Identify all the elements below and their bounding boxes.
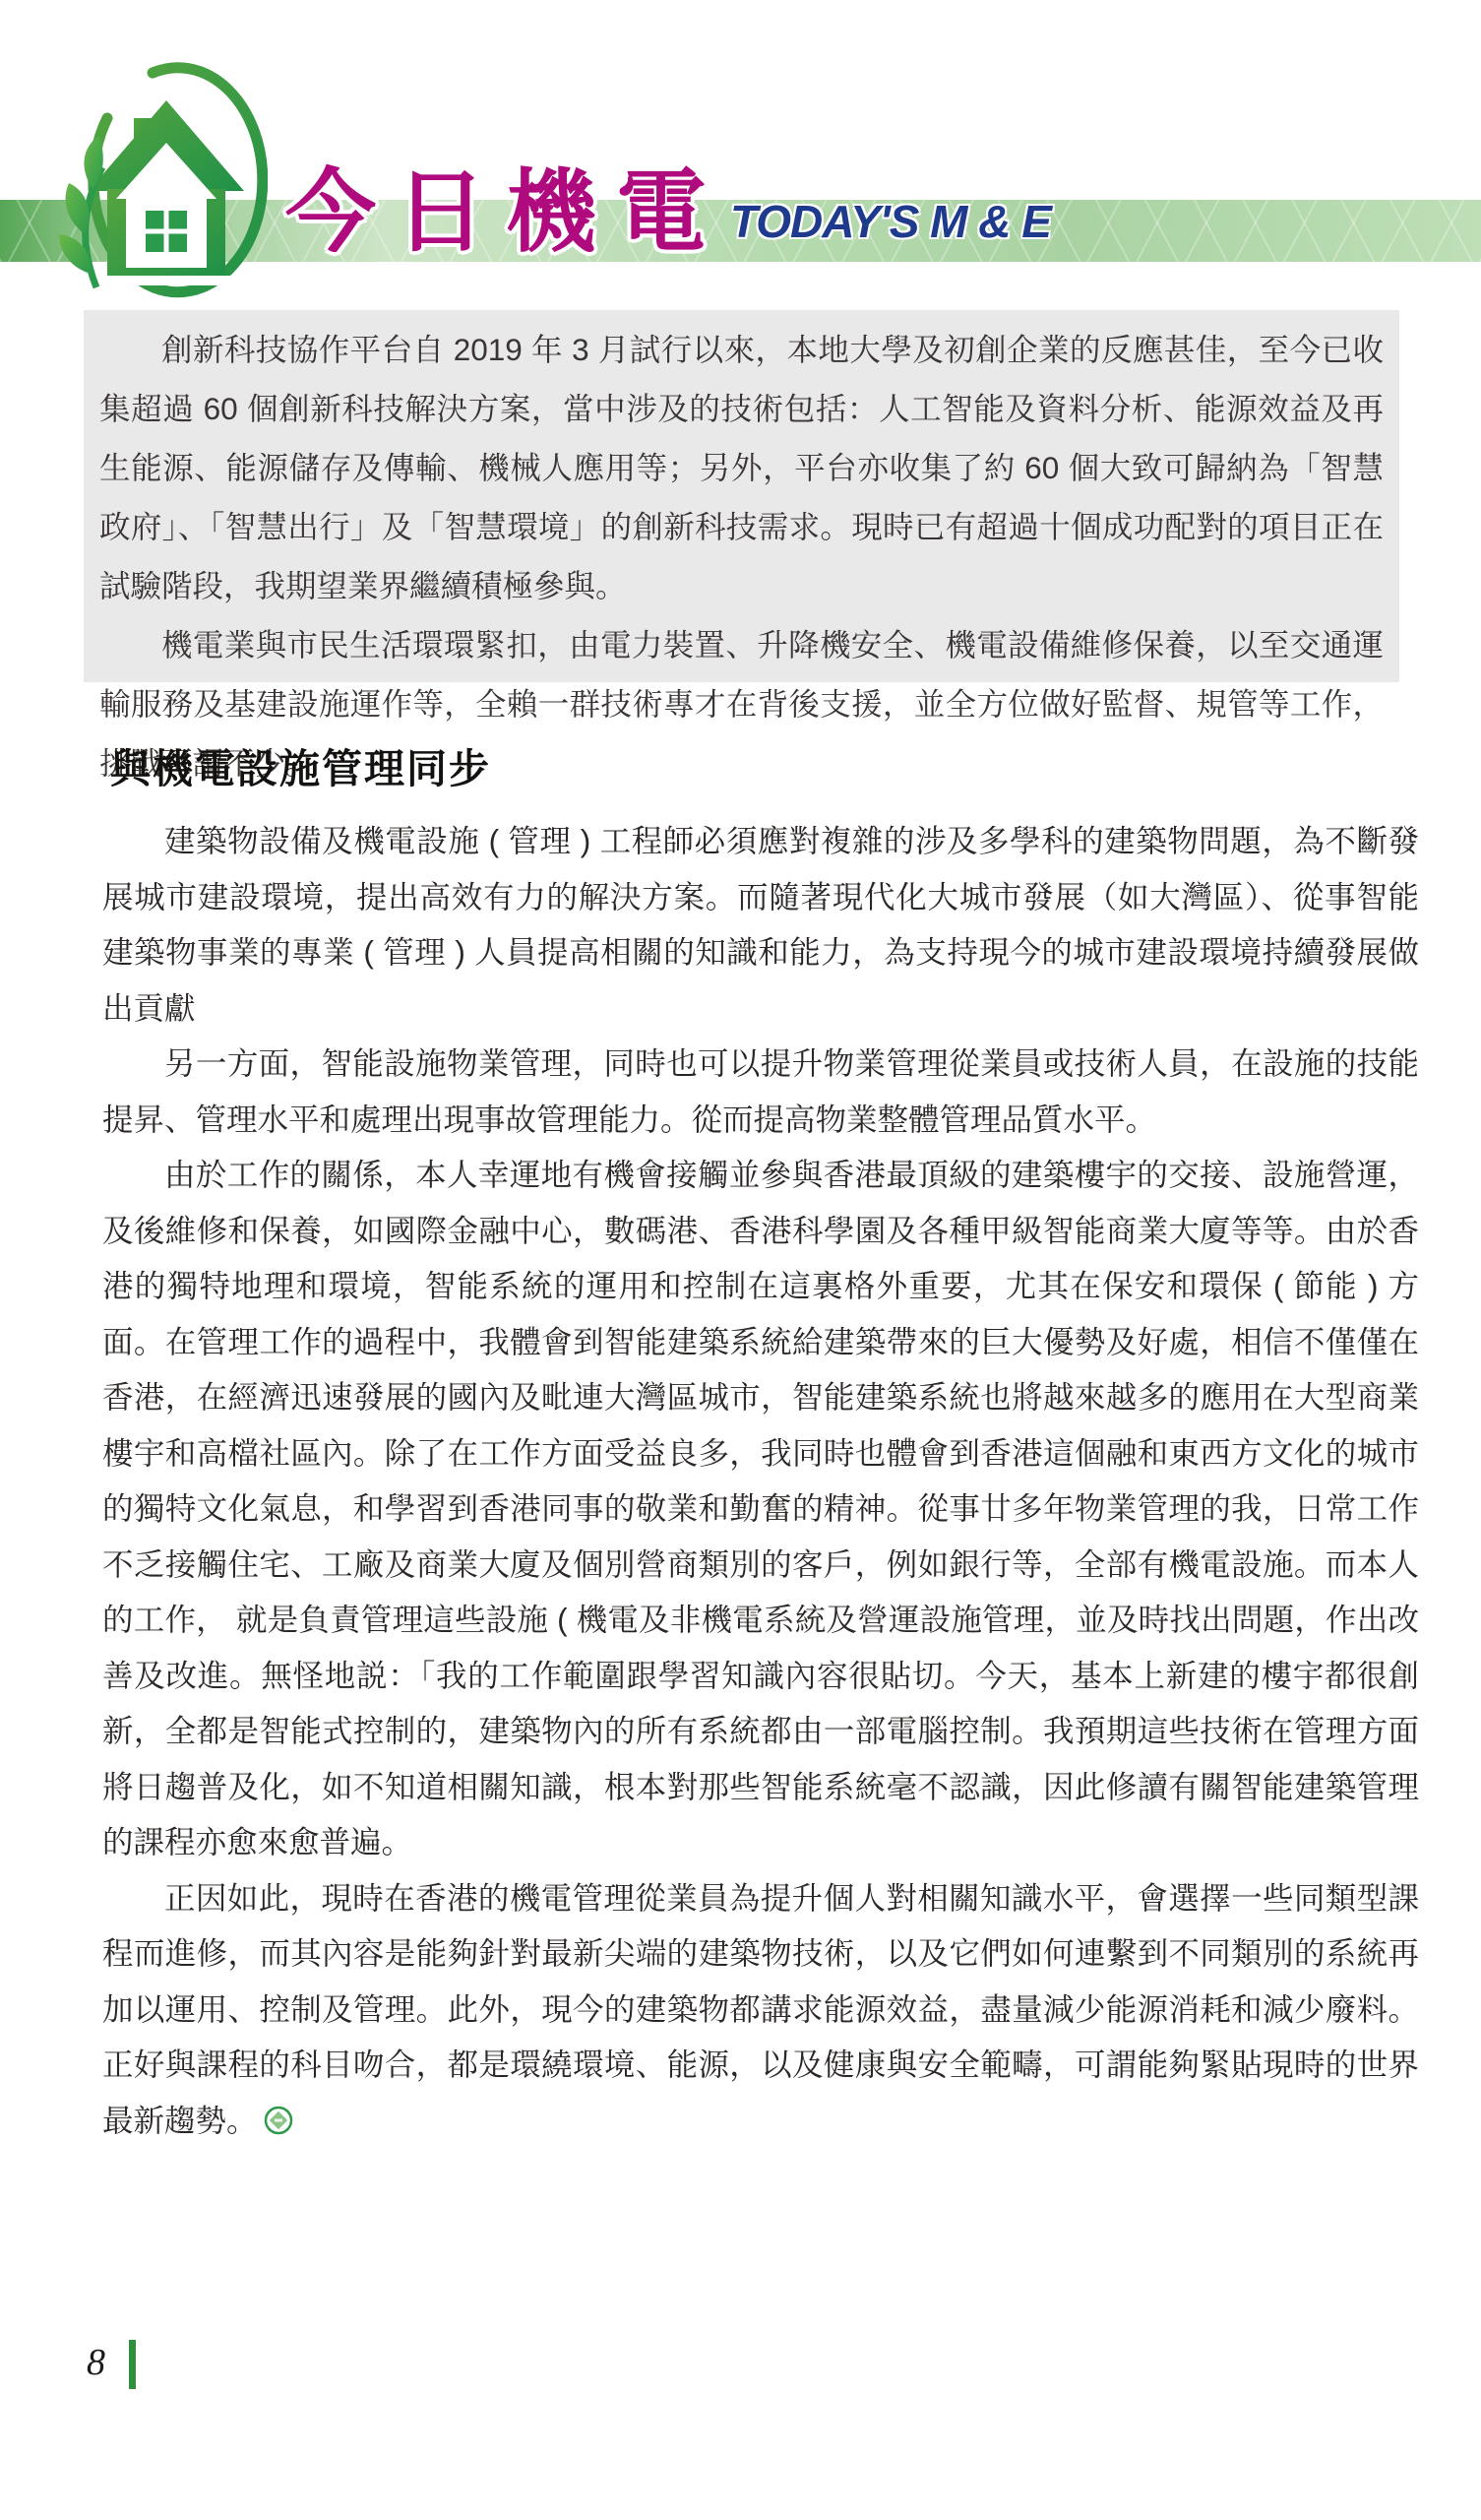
article-paragraph-2: 另一方面，智能設施物業管理，同時也可以提升物業管理從業員或技術人員，在設施的技能…	[102, 1036, 1419, 1147]
article-paragraph-3: 由於工作的關係，本人幸運地有機會接觸並參與香港最頂級的建築樓宇的交接、設施營運，…	[102, 1147, 1419, 1870]
article-body: 建築物設備及機電設施 ( 管理 ) 工程師必須應對複雜的涉及多學科的建築物問題，…	[102, 813, 1419, 2148]
article-heading: 與機電設施管理同步	[110, 736, 491, 794]
intro-paragraph-1: 創新科技協作平台自 2019 年 3 月試行以來，本地大學及初創企業的反應甚佳，…	[99, 320, 1384, 615]
article-paragraph-1: 建築物設備及機電設施 ( 管理 ) 工程師必須應對複雜的涉及多學科的建築物問題，…	[102, 813, 1419, 1036]
page-subtitle: TODAY'S M & E	[730, 195, 1051, 248]
page-title: 今日機電	[285, 140, 726, 270]
intro-box: 創新科技協作平台自 2019 年 3 月試行以來，本地大學及初創企業的反應甚佳，…	[84, 310, 1399, 682]
footer-accent-bar	[129, 2340, 136, 2389]
page-number: 8	[87, 2341, 105, 2384]
article-paragraph-4-text: 正因如此，現時在香港的機電管理從業員為提升個人對相關知識水平，會選擇一些同類型課…	[102, 1880, 1419, 2138]
eco-house-logo	[51, 41, 268, 313]
end-of-article-icon	[264, 2106, 293, 2135]
article-paragraph-4: 正因如此，現時在香港的機電管理從業員為提升個人對相關知識水平，會選擇一些同類型課…	[102, 1870, 1419, 2149]
